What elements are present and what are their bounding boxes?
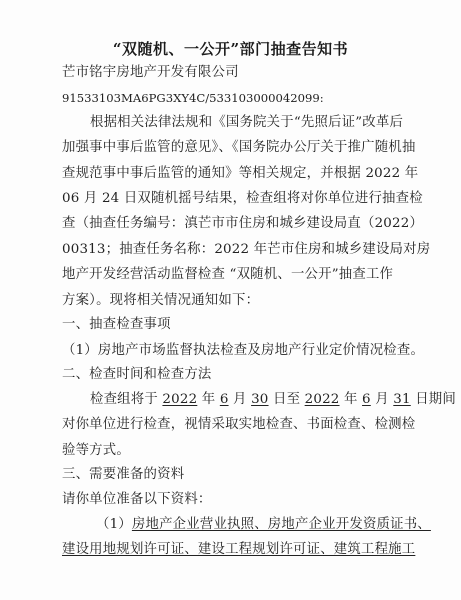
document-page: “双随机、一公开”部门抽查告知书 芒市铭宇房地产开发有限公司 91533103M… [0,0,461,600]
date-text: 日期间 [411,392,456,407]
section-1-heading: 一、抽查检查事项 [62,316,171,334]
item-number: （1） [96,517,132,532]
date-text: 月 [229,392,252,407]
section-2-line: 验等方式。 [62,442,130,460]
start-year: 2022 [162,392,197,407]
date-text: 年 [340,392,363,407]
date-text: 年 [197,392,220,407]
intro-line: 地产开发经营活动监督检查 “双随机、一公开”抽查工作 [62,266,393,284]
start-month: 6 [220,392,229,407]
section-3-heading: 三、需要准备的资料 [62,466,184,484]
section-1-item: （1）房地产市场监督执法检查及房地产行业定价情况检查。 [62,342,424,360]
item-text: 房地产企业营业执照、房地产企业开发资质证书、 [132,517,431,532]
section-3-item-1-cont: 建设用地规划许可证、建设工程规划许可证、建筑工程施工 [62,541,415,559]
section-3-intro: 请你单位准备以下资料： [62,491,212,509]
inspection-date-line: 检查组将于 2022 年 6 月 30 日至 2022 年 6 月 31 日期间 [90,391,456,409]
intro-line: 06 月 24 日双随机摇号结果，检查组将对你单位进行抽查检 [62,190,423,208]
section-2-line: 对你单位进行检查，视情采取实地检查、书面检查、检测检 [62,416,415,434]
recipient-id: 91533103MA6PG3XY4C/533103000042099: [62,89,324,107]
intro-line: 方案）。现将相关情况通知如下： [62,292,259,310]
end-year: 2022 [305,392,340,407]
recipient-company: 芒市铭宇房地产开发有限公司 [62,64,239,82]
start-day: 30 [251,392,268,407]
end-month: 6 [362,392,371,407]
date-text: 日至 [269,392,305,407]
intro-line: 根据相关法律法规和《国务院关于“先照后证”改革后 [90,114,403,132]
date-text: 月 [371,392,394,407]
intro-line: 查规范事中事后监管的通知》等相关规定，并根据 2022 年 [62,165,418,183]
date-text: 检查组将于 [90,392,162,407]
end-day: 31 [393,392,410,407]
section-2-heading: 二、检查时间和检查方法 [62,366,212,384]
document-title: “双随机、一公开”部门抽查告知书 [0,38,461,59]
intro-line: 查（抽查任务编号：滇芒市市住房和城乡建设局直（2022） [62,215,423,233]
section-3-item-1: （1）房地产企业营业执照、房地产企业开发资质证书、 [96,516,431,534]
intro-line: 00313；抽查任务名称：2022 年芒市住房和城乡建设局对房 [62,241,430,259]
intro-line: 加强事中事后监管的意见》、《国务院办公厅关于推广随机抽 [62,139,416,157]
